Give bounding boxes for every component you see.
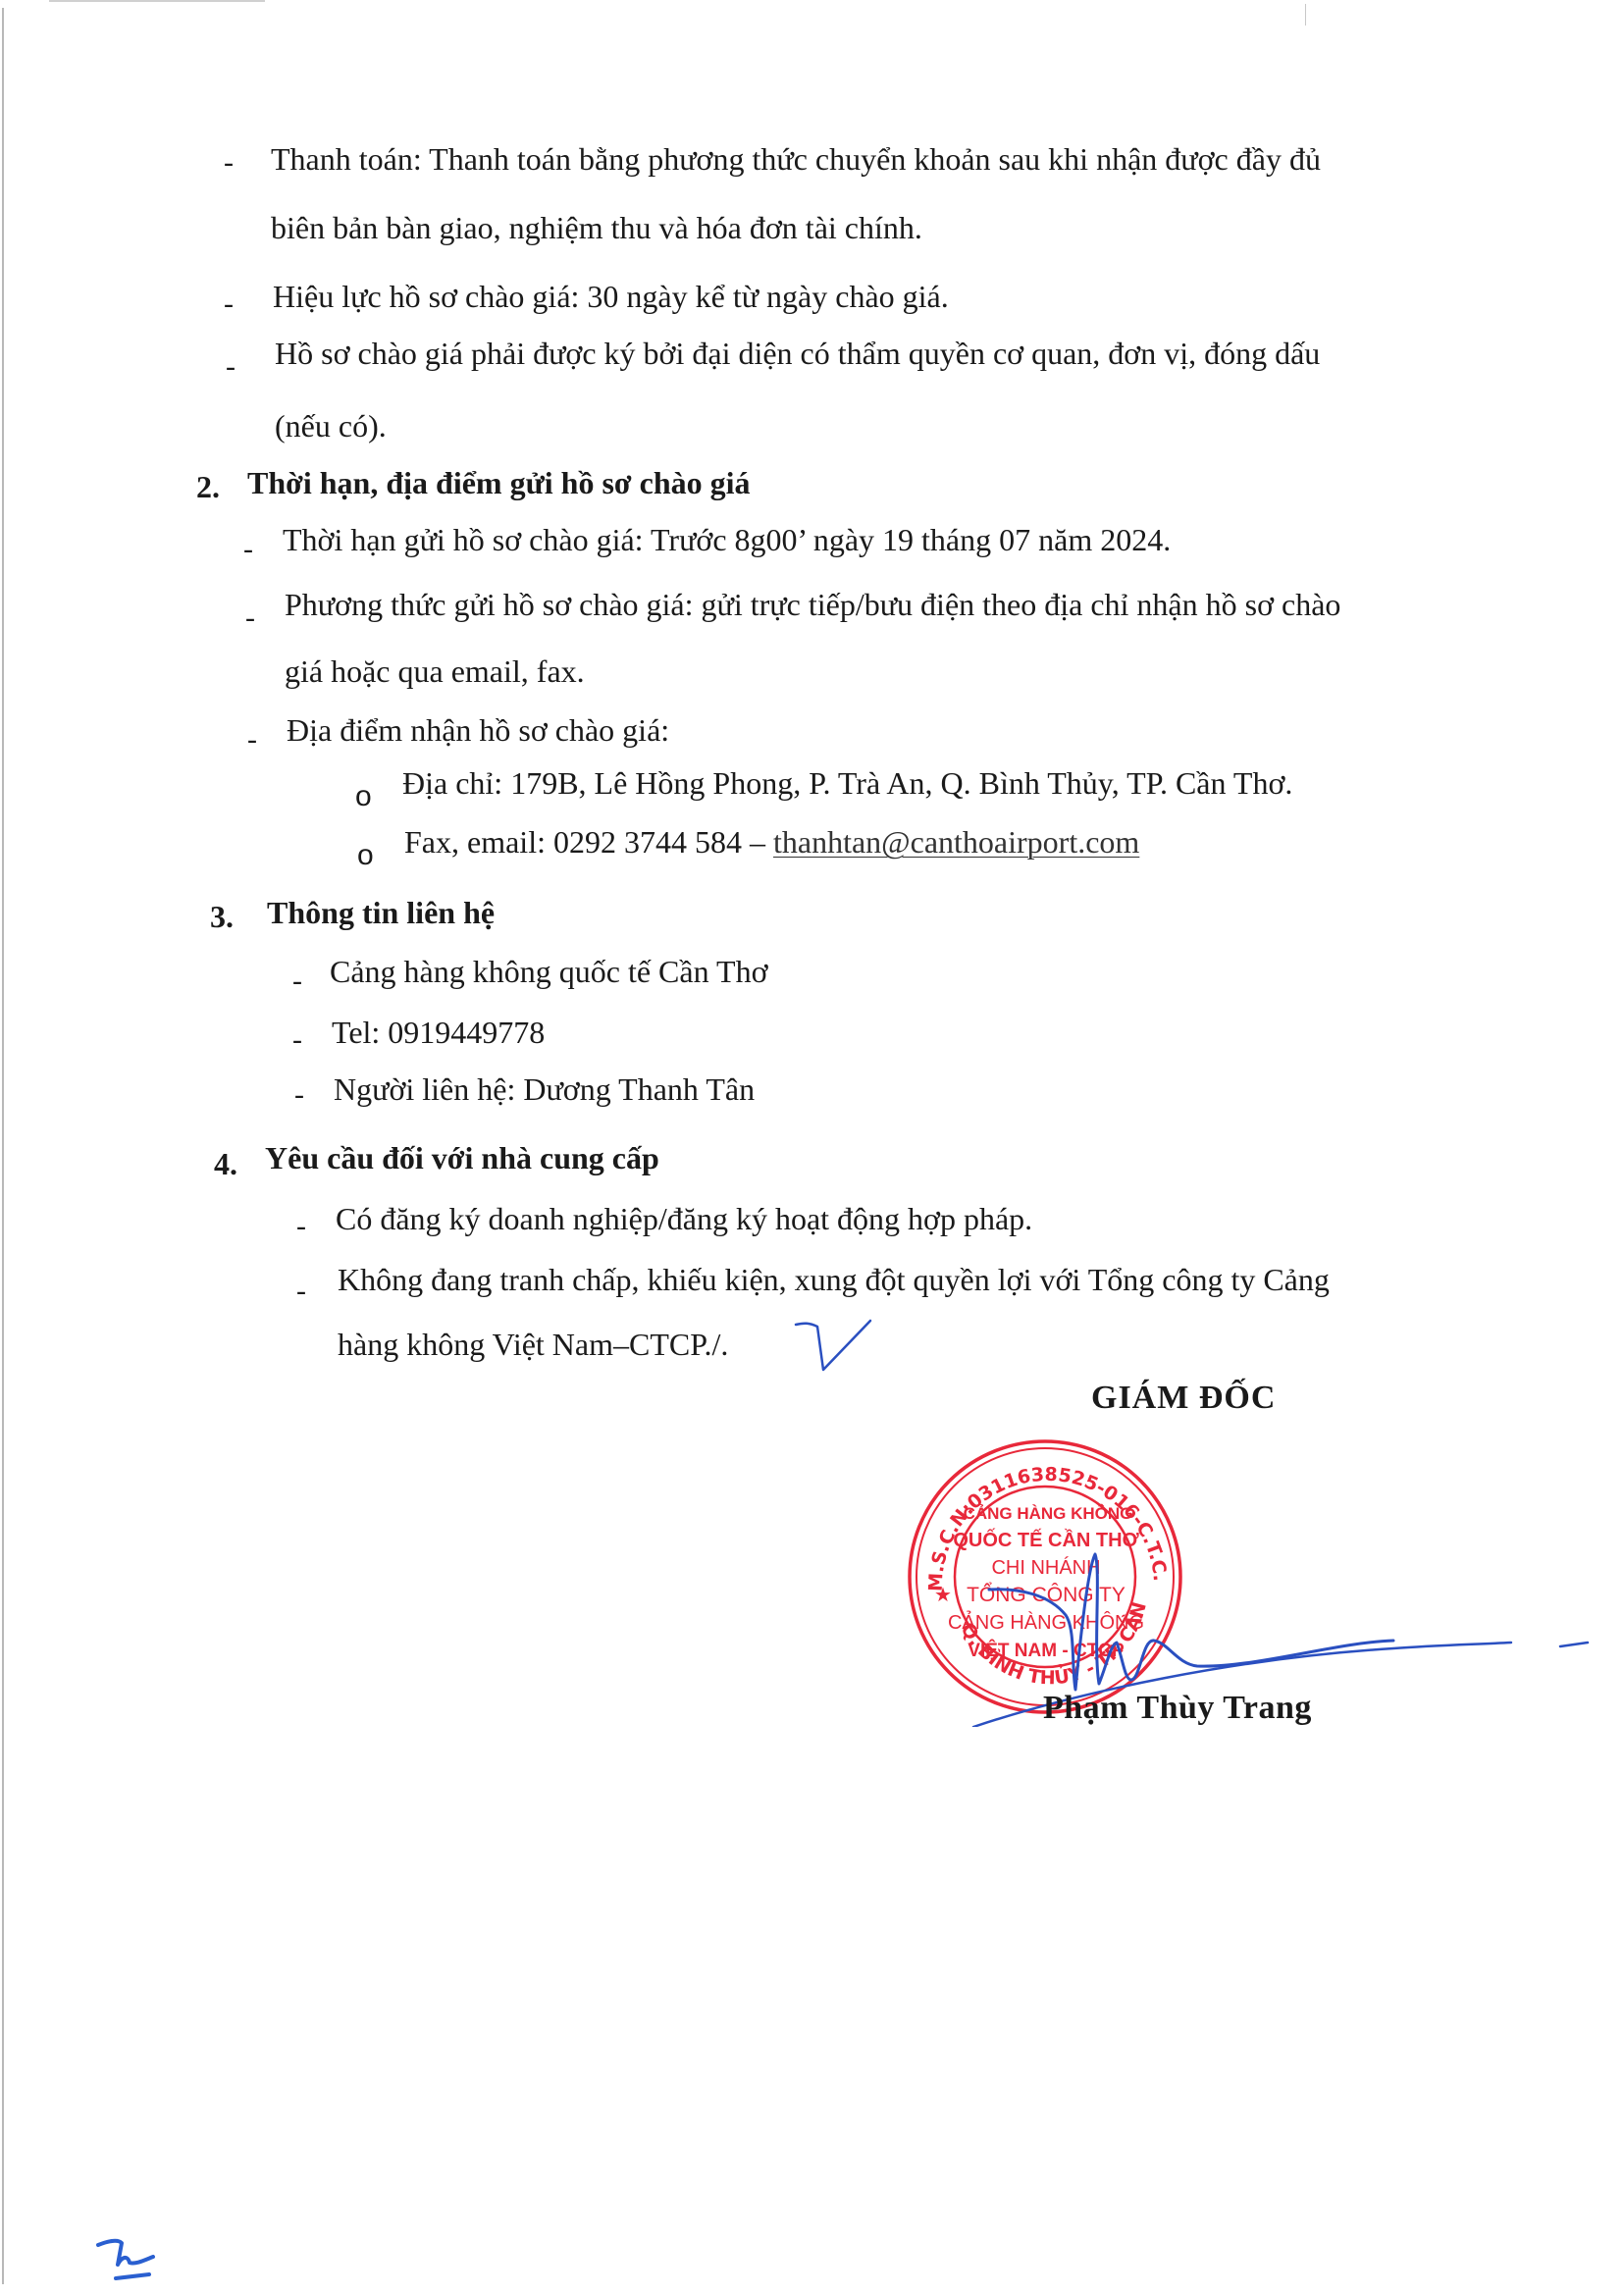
initial-check-mark-icon — [790, 1315, 878, 1383]
section-2-title: Thời hạn, địa điểm gửi hồ sơ chào giá — [247, 463, 751, 502]
position-title: GIÁM ĐỐC — [1091, 1380, 1276, 1417]
submission-deadline: Thời hạn gửi hồ sơ chào giá: Trước 8g00’… — [283, 520, 1171, 559]
bullet-dash-icon: - — [226, 347, 236, 387]
contact-person: Người liên hệ: Dương Thanh Tân — [334, 1070, 755, 1109]
submission-location-label: Địa điểm nhận hồ sơ chào giá: — [287, 710, 669, 750]
bullet-dash-icon: - — [292, 962, 302, 1001]
payment-terms-line2: biên bản bàn giao, nghiệm thu và hóa đơn… — [271, 208, 922, 247]
bullet-dash-icon: - — [243, 530, 253, 569]
supplier-requirement-dispute-line2: hàng không Việt Nam–CTCP./. — [338, 1325, 728, 1364]
section-2-number: 2. — [196, 467, 220, 506]
scan-edge-left — [2, 8, 4, 2284]
bullet-dash-icon: - — [296, 1207, 306, 1246]
bullet-dash-icon: - — [294, 1075, 304, 1115]
bullet-dash-icon: - — [292, 1020, 302, 1060]
signature-requirement-line1: Hồ sơ chào giá phải được ký bởi đại diện… — [275, 334, 1320, 373]
section-3-title: Thông tin liên hệ — [267, 893, 495, 932]
page-initial-mark-icon — [88, 2235, 167, 2284]
bullet-dash-icon: - — [224, 143, 234, 183]
scan-edge-tick — [1305, 4, 1306, 26]
contact-email-link[interactable]: thanhtan@canthoairport.com — [773, 824, 1139, 860]
section-3-number: 3. — [210, 897, 234, 936]
section-4-title: Yêu cầu đối với nhà cung cấp — [265, 1138, 659, 1177]
submission-method-line1: Phương thức gửi hồ sơ chào giá: gửi trực… — [285, 585, 1340, 624]
sub-bullet-circle-icon: o — [357, 836, 374, 875]
contact-phone: Tel: 0919449778 — [332, 1013, 545, 1052]
bullet-dash-icon: - — [224, 285, 234, 324]
quote-validity: Hiệu lực hồ sơ chào giá: 30 ngày kể từ n… — [273, 277, 949, 316]
handwritten-signature-icon — [883, 1433, 1590, 1727]
submission-method-line2: giá hoặc qua email, fax. — [285, 652, 585, 691]
fax-email-line: Fax, email: 0292 3744 584 – thanhtan@can… — [404, 822, 1139, 861]
document-page: - Thanh toán: Thanh toán bằng phương thứ… — [0, 0, 1623, 2296]
scan-edge-top — [49, 0, 265, 2]
section-4-number: 4. — [214, 1144, 237, 1183]
supplier-requirement-registration: Có đăng ký doanh nghiệp/đăng ký hoạt độn… — [336, 1199, 1032, 1238]
bullet-dash-icon: - — [296, 1272, 306, 1311]
supplier-requirement-dispute-line1: Không đang tranh chấp, khiếu kiện, xung … — [338, 1260, 1330, 1299]
signature-requirement-line2: (nếu có). — [275, 406, 387, 445]
signer-name: Phạm Thùy Trang — [1043, 1690, 1312, 1727]
fax-email-prefix: Fax, email: 0292 3744 584 – — [404, 824, 773, 860]
contact-organization: Cảng hàng không quốc tế Cần Thơ — [330, 952, 767, 991]
sub-bullet-circle-icon: o — [355, 777, 372, 816]
bullet-dash-icon: - — [247, 720, 257, 759]
bullet-dash-icon: - — [245, 599, 255, 638]
payment-terms-line1: Thanh toán: Thanh toán bằng phương thức … — [271, 139, 1321, 179]
address-line: Địa chỉ: 179B, Lê Hồng Phong, P. Trà An,… — [402, 763, 1292, 803]
